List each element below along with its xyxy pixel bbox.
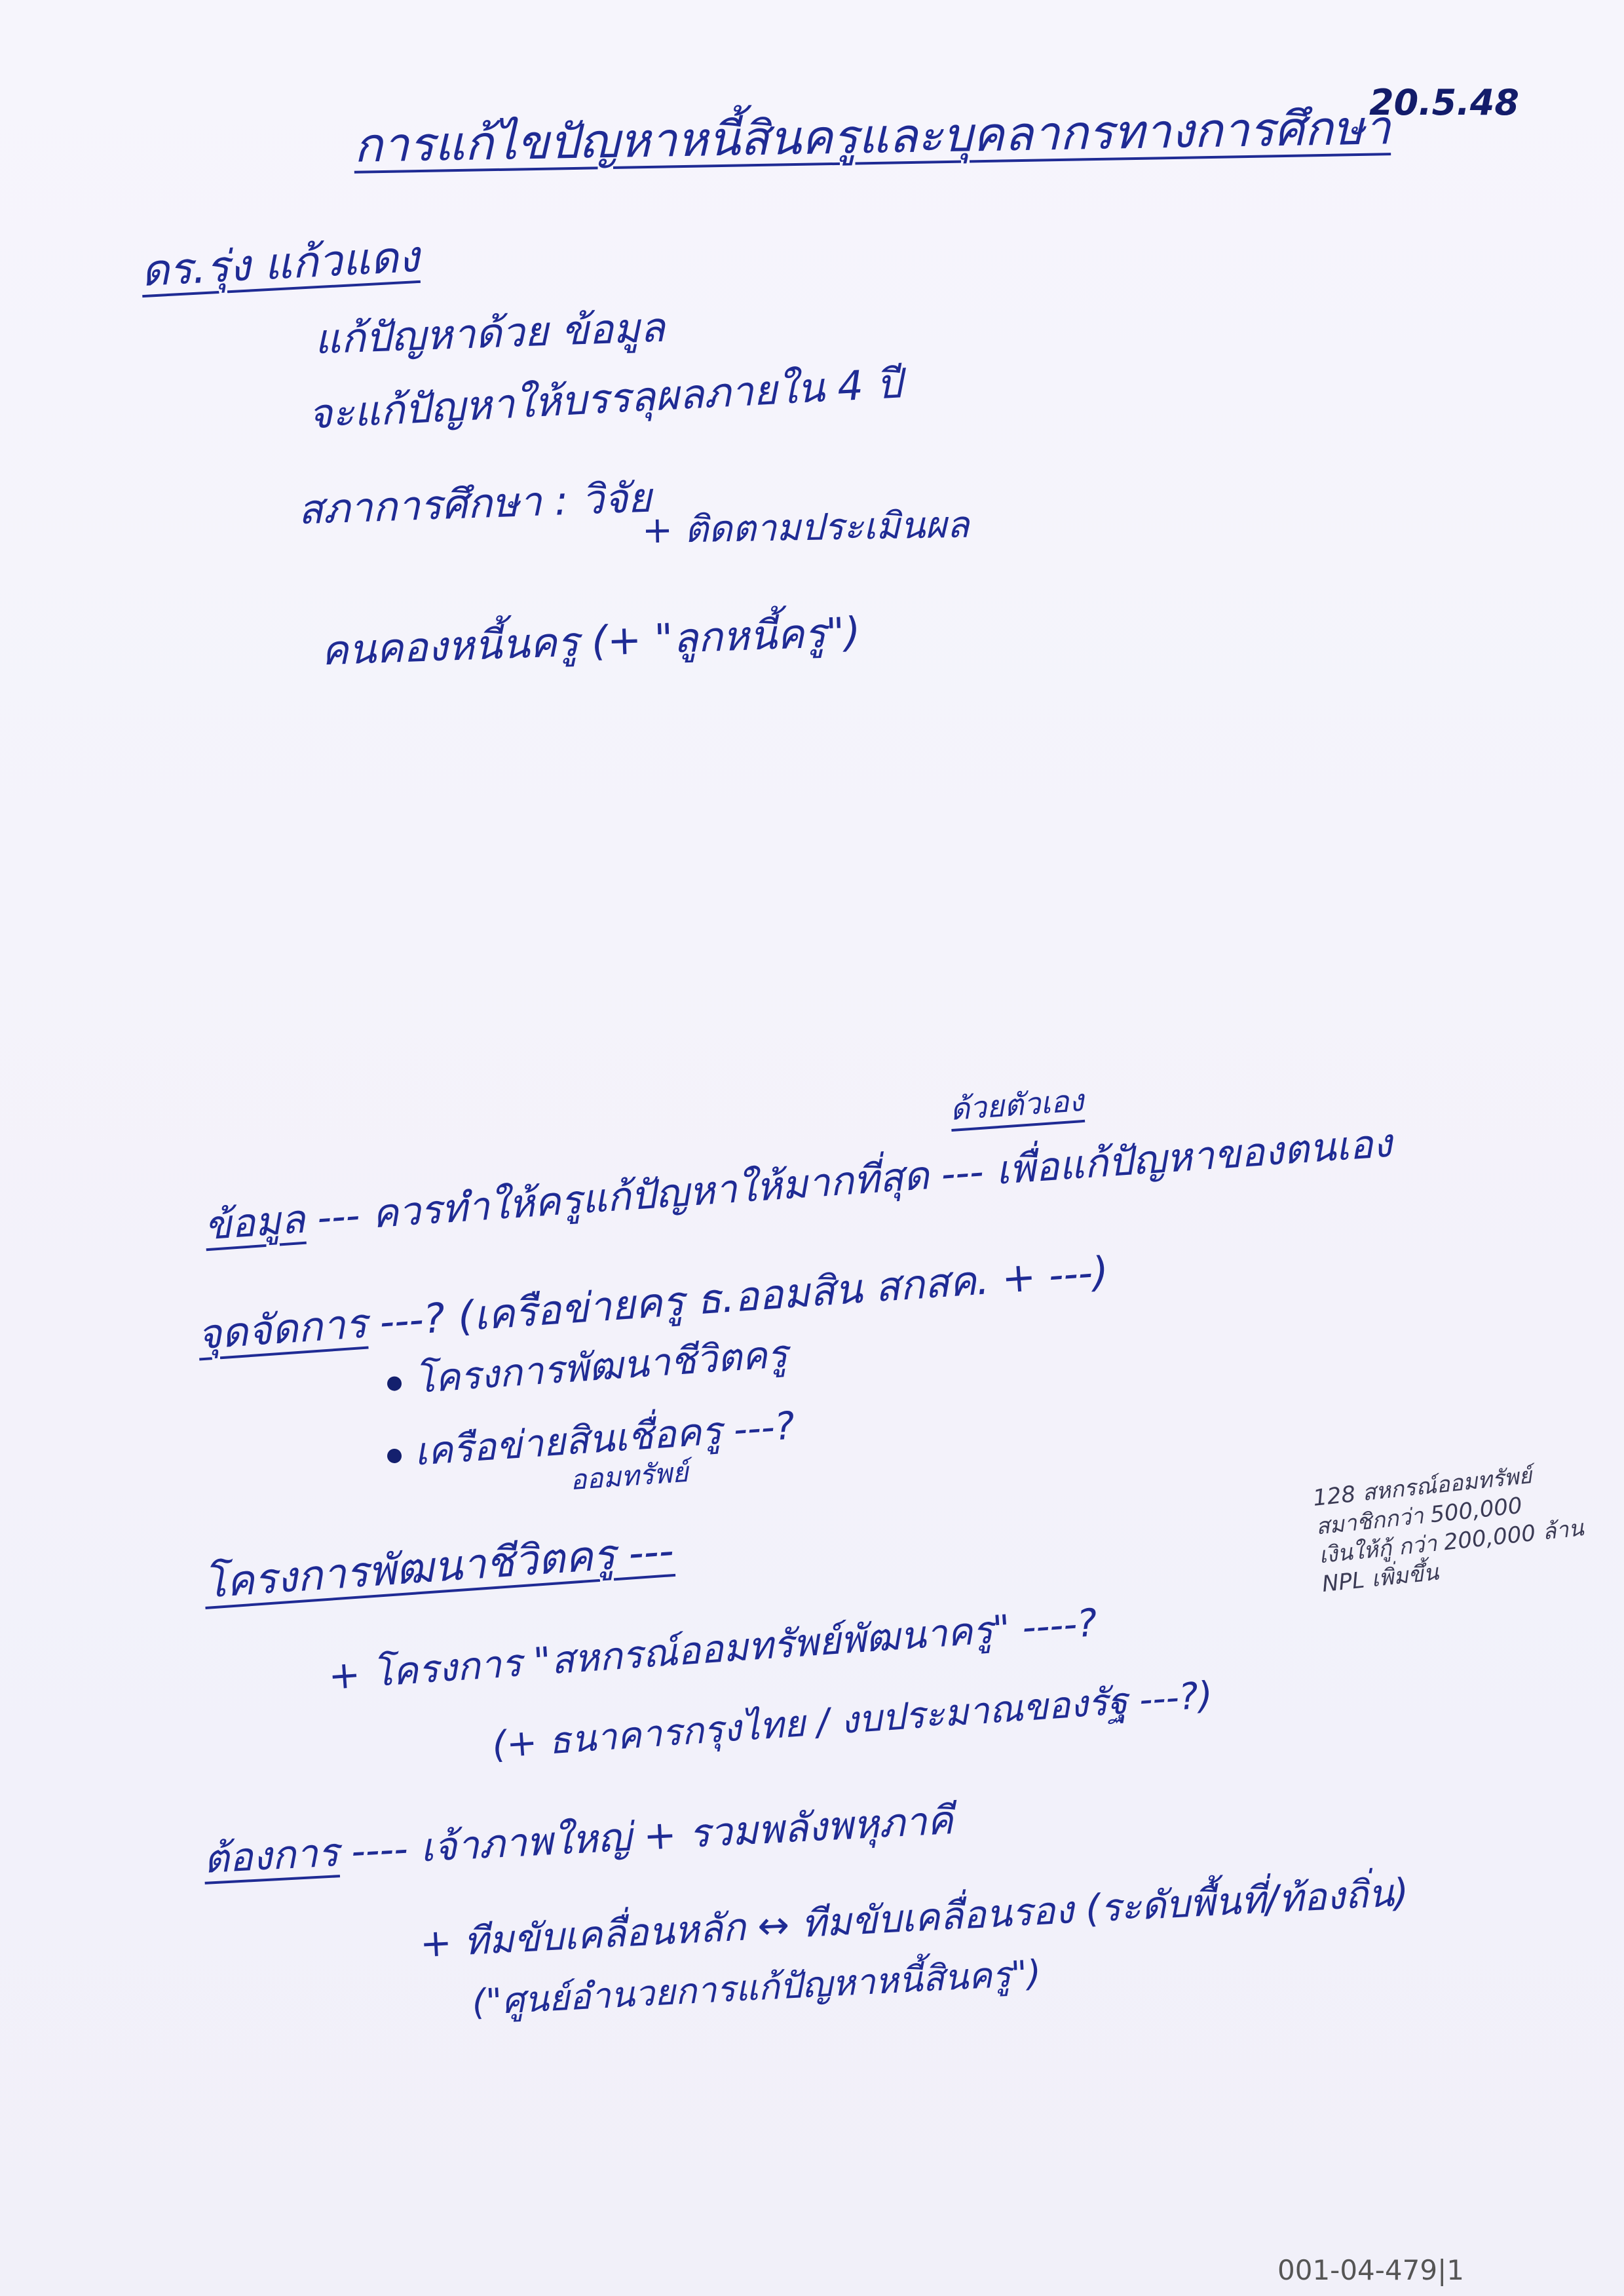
document-date: 20.5.48 <box>1369 82 1519 123</box>
weakness-bullet-sub: ออมทรัพย์ <box>569 1451 690 1502</box>
weakness-label: จุดจัดการ <box>196 1299 368 1359</box>
archive-reference: 001-04-479|1 <box>1277 2254 1464 2286</box>
data-point-label: ข้อมูล <box>203 1196 307 1250</box>
intro-line-4: + ติดตามประเมินผล <box>641 495 970 560</box>
speaker-name: ดร.รุ่ง แก้วแดง <box>140 222 421 305</box>
intro-line-1: แก้ปัญหาด้วย ข้อมูล <box>313 296 666 372</box>
insert-note: ด้วยตัวเอง <box>949 1077 1086 1134</box>
bullet-icon <box>387 1448 402 1463</box>
network-label: ต้องการ <box>202 1829 340 1883</box>
bullet-icon <box>387 1376 402 1391</box>
intro-line-3: สภาการศึกษา : วิจัย <box>297 466 652 543</box>
